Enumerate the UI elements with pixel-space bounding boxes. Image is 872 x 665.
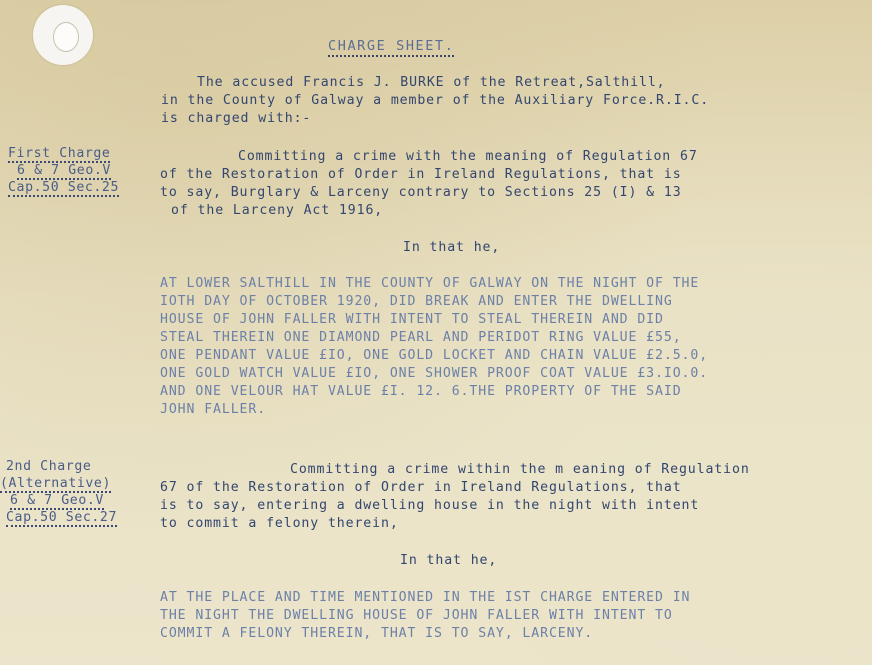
first-charge-particulars-line: AND ONE VELOUR HAT VALUE £I. 12. 6.THE P… — [160, 385, 682, 398]
first-charge-statement-line: of the Larceny Act 1916, — [171, 204, 383, 217]
first-charge-particulars-line: AT LOWER SALTHILL IN THE COUNTY OF GALWA… — [160, 277, 699, 290]
second-charge-particulars-line: COMMIT A FELONY THEREIN, THAT IS TO SAY,… — [160, 627, 593, 640]
first-charge-section: Cap.50 Sec.25 — [8, 181, 119, 197]
document-title: CHARGE SHEET. — [328, 38, 454, 57]
first-charge-statute: 6 & 7 Geo.V — [17, 164, 111, 180]
second-charge-statement-line: 67 of the Restoration of Order in Irelan… — [160, 481, 682, 494]
second-charge-in-that: In that he, — [400, 554, 497, 567]
second-charge-statement-line: is to say, entering a dwelling house in … — [160, 499, 699, 512]
second-charge-alternative: (Alternative) — [0, 477, 111, 493]
first-charge-particulars-line: IOTH DAY OF OCTOBER 1920, DID BREAK AND … — [160, 295, 673, 308]
first-charge-in-that: In that he, — [403, 241, 500, 254]
first-charge-particulars-line: STEAL THEREIN ONE DIAMOND PEARL AND PERI… — [160, 331, 682, 344]
second-charge-particulars-line: THE NIGHT THE DWELLING HOUSE OF JOHN FAL… — [160, 609, 673, 622]
second-charge-statute: 6 & 7 Geo.V — [10, 494, 104, 510]
first-charge-particulars-line: JOHN FALLER. — [160, 403, 266, 416]
charge-sheet-page: CHARGE SHEET. The accused Francis J. BUR… — [0, 0, 872, 665]
second-charge-statement-line: to commit a felony therein, — [160, 517, 399, 530]
second-charge-particulars-line: AT THE PLACE AND TIME MENTIONED IN THE I… — [160, 591, 690, 604]
first-charge-particulars-line: ONE GOLD WATCH VALUE £IO, ONE SHOWER PRO… — [160, 367, 708, 380]
first-charge-particulars-line: HOUSE OF JOHN FALLER WITH INTENT TO STEA… — [160, 313, 664, 326]
punch-hole-reinforcement — [33, 5, 93, 65]
punch-hole — [53, 22, 79, 52]
first-charge-label: First Charge — [8, 147, 110, 163]
first-charge-statement-line: Committing a crime with the meaning of R… — [238, 150, 698, 163]
second-charge-statement-line: Committing a crime within the m eaning o… — [290, 463, 750, 476]
intro-line: is charged with:- — [161, 112, 311, 125]
second-charge-label: 2nd Charge — [6, 460, 91, 474]
intro-line: The accused Francis J. BURKE of the Retr… — [197, 76, 666, 89]
first-charge-statement-line: to say, Burglary & Larceny contrary to S… — [160, 186, 682, 199]
first-charge-particulars-line: ONE PENDANT VALUE £IO, ONE GOLD LOCKET A… — [160, 349, 708, 362]
first-charge-statement-line: of the Restoration of Order in Ireland R… — [160, 168, 682, 181]
second-charge-section: Cap.50 Sec.27 — [6, 511, 117, 527]
intro-line: in the County of Galway a member of the … — [161, 94, 709, 107]
